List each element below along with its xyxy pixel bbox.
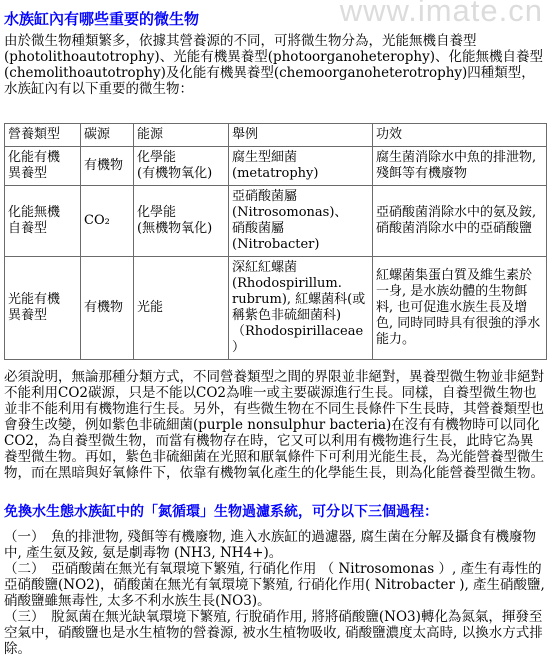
cell-function: 腐生菌消除水中魚的排泄物, 殘餌等有機廢物	[373, 147, 547, 186]
cell-energy: 光能	[134, 257, 229, 360]
cell-energy: 化學能 (無機物氧化)	[134, 186, 229, 257]
intro-paragraph: 由於微生物種類繁多，依據其營養源的不同，可將微生物分為，光能無機自養型(phot…	[4, 33, 546, 97]
col-header-function: 功效	[373, 124, 547, 147]
cell-function: 亞硝酸菌消除水中的氨及銨, 硝酸菌消除水中的亞硝酸鹽	[373, 186, 547, 257]
cell-example: 深紅紅螺菌 (Rhodospirillum. rubrum), 紅螺菌科(或 稱…	[229, 257, 373, 360]
cell-example: 亞硝酸菌屬 (Nitrosomonas)、 硝酸菌屬(Nitrobacter)	[229, 186, 373, 257]
process-step-1: （一） 魚的排泄物, 殘餌等有機廢物, 進入水族缸的過濾器, 腐生菌在分解及攝食…	[4, 529, 546, 561]
page-title: 水族缸內有哪些重要的微生物	[4, 8, 546, 29]
discussion-paragraph: 必須說明，無論那種分類方式，不同營養類型之間的界限並非絕對，異養型微生物並非絕對…	[4, 369, 546, 481]
cell-example: 腐生型細菌 (metatrophy)	[229, 147, 373, 186]
cell-type: 化能有機 異養型	[5, 147, 81, 186]
cell-type: 化能無機 自養型	[5, 186, 81, 257]
col-header-example: 舉例	[229, 124, 373, 147]
microbe-nutrition-table: 營養類型 碳源 能源 舉例 功效 化能有機 異養型 有機物 化學能 (有機物氧化…	[4, 123, 547, 360]
cell-carbon: CO₂	[81, 186, 134, 257]
process-step-2: （二） 亞硝酸菌在無光有氧環境下繁殖, 行硝化作用 （ Nitrosomonas…	[4, 561, 546, 609]
col-header-carbon-source: 碳源	[81, 124, 134, 147]
table-row: 光能有機 異養型 有機物 光能 深紅紅螺菌 (Rhodospirillum. r…	[5, 257, 547, 360]
table-header-row: 營養類型 碳源 能源 舉例 功效	[5, 124, 547, 147]
table-row: 化能無機 自養型 CO₂ 化學能 (無機物氧化) 亞硝酸菌屬 (Nitrosom…	[5, 186, 547, 257]
nitrogen-cycle-section-title: 免換水生態水族缸中的「氮循環」生物過濾系統，可分以下三個過程：	[4, 501, 546, 521]
cell-carbon: 有機物	[81, 147, 134, 186]
document-page: www.imate.cn 水族缸內有哪些重要的微生物 由於微生物種類繁多，依據其…	[0, 0, 550, 657]
col-header-nutrition-type: 營養類型	[5, 124, 81, 147]
cell-type: 光能有機 異養型	[5, 257, 81, 360]
process-step-3: （三） 脫氮菌在無光缺氧環境下繁殖, 行脫硝作用, 將將硝酸鹽(NO3)轉化為氮…	[4, 609, 546, 657]
cell-energy: 化學能 (有機物氧化)	[134, 147, 229, 186]
table-row: 化能有機 異養型 有機物 化學能 (有機物氧化) 腐生型細菌 (metatrop…	[5, 147, 547, 186]
cell-function: 紅螺菌集蛋白質及維生素於一身, 是水族幼體的生物餌料, 也可促進水族生長及增色,…	[373, 257, 547, 360]
col-header-energy-source: 能源	[134, 124, 229, 147]
cell-carbon: 有機物	[81, 257, 134, 360]
